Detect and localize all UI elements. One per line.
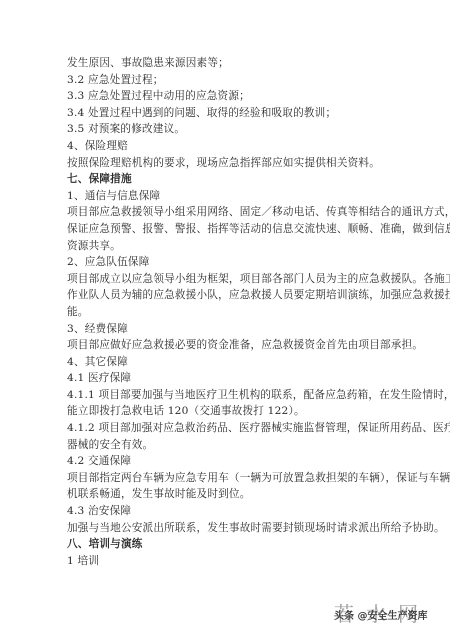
text-line: 加强与当地公安派出所联系，发生事故时需要封锁现场时请求派出所给予协助。 (67, 520, 402, 537)
text-line: 资源共享。 (67, 238, 402, 255)
text-line: 发生原因、事故隐患来源因素等； (67, 55, 402, 72)
subsection-heading: 4.1 医疗保障 (67, 370, 402, 387)
section-heading: 2、应急队伍保障 (67, 254, 402, 271)
text-line: 能。 (67, 304, 402, 321)
text-line: 4.1.1 项目部要加强与当地医疗卫生机构的联系，配备应急药箱，在发生险情时， (67, 387, 402, 404)
section-heading: 1、通信与信息保障 (67, 188, 402, 205)
text-line: 3.2 应急处置过程； (67, 72, 402, 89)
text-line: 机联系畅通，发生事故时能及时到位。 (67, 486, 402, 503)
text-line: 项目部成立以应急领导小组为框架，项目部各部门人员为主的应急救援队。各施工 (67, 271, 402, 288)
section-heading: 4、保险理赔 (67, 138, 402, 155)
text-line: 3.4 处置过程中遇到的问题、取得的经验和吸取的教训； (67, 105, 402, 122)
text-line: 作业队人员为辅的应急救援小队，应急救援人员要定期培训演练，加强应急救援技 (67, 287, 402, 304)
text-line: 3.3 应急处置过程中动用的应急资源； (67, 88, 402, 105)
section-heading: 3、经费保障 (67, 321, 402, 338)
subsection-heading: 4.2 交通保障 (67, 453, 402, 470)
document-page: 发生原因、事故隐患来源因素等； 3.2 应急处置过程； 3.3 应急处置过程中动… (67, 55, 402, 569)
chapter-heading: 七、保障措施 (67, 171, 402, 188)
text-line: 能立即拨打急救电话 120（交通事故拨打 122）。 (67, 403, 402, 420)
text-line: 4.1.2 项目部加强对应急救治药品、医疗器械实施监督管理，保证所用药品、医疗 (67, 420, 402, 437)
text-line: 按照保险理赔机构的要求，现场应急指挥部应如实提供相关资料。 (67, 155, 402, 172)
text-line: 项目部指定两台车辆为应急专用车（一辆为可放置急救担架的车辆），保证与车辆司 (67, 470, 402, 487)
watermark-source-text: 头条 @安全生产资库 (334, 607, 427, 622)
watermark: 若水网 头条 @安全生产资库 (334, 598, 444, 634)
chapter-heading: 八、培训与演练 (67, 536, 402, 553)
section-heading: 4、其它保障 (67, 354, 402, 371)
text-line: 项目部应急救援领导小组采用网络、固定／移动电话、传真等相结合的通讯方式， (67, 204, 402, 221)
section-heading: 1 培训 (67, 553, 402, 570)
subsection-heading: 4.3 治安保障 (67, 503, 402, 520)
text-line: 项目部应做好应急救援必要的资金准备，应急救援资金首先由项目部承担。 (67, 337, 402, 354)
text-line: 3.5 对预案的修改建议。 (67, 121, 402, 138)
text-line: 器械的安全有效。 (67, 437, 402, 454)
text-line: 保证应急预警、报警、警报、指挥等活动的信息交流快速、顺畅、准确，做到信息 (67, 221, 402, 238)
